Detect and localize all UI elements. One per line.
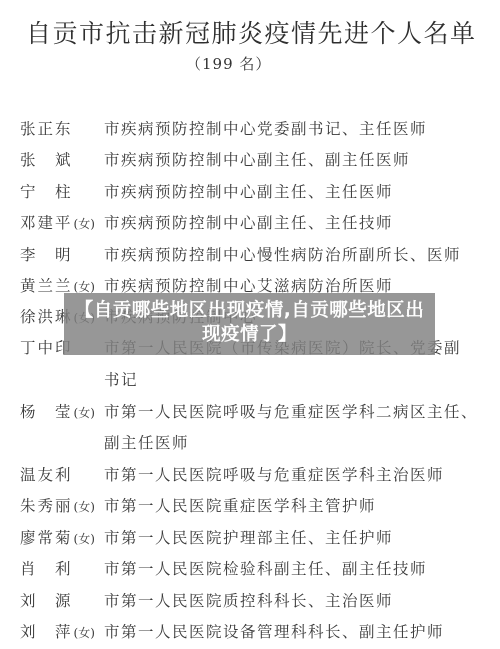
person-name: 张正东 [20,117,74,139]
person-position: 市疾病预防控制中心慢性病防治所副所长、医师 [104,243,461,265]
person-position: 市第一人民医院设备管理科科长、副主任护师 [104,620,444,642]
name-text: 温友利 [20,466,73,484]
name-text: 邓建平 [20,214,73,232]
person-name: 张 斌 [20,148,74,170]
person-position: 市疾病预防控制中心副主任、主任技师 [104,211,393,233]
name-text: 肖 利 [20,560,73,578]
caption-overlay-banner: 【自贡哪些地区出现疫情,自贡哪些地区出现疫情了】 [64,293,435,355]
document-title: 自贡市抗击新冠肺炎疫情先进个人名单 [26,14,477,50]
person-position: 市疾病预防控制中心副主任、副主任医师 [104,148,410,170]
person-name: 廖常菊(女) [20,526,95,548]
name-text: 张正东 [20,120,73,138]
person-position: 市第一人民医院检验科副主任、副主任技师 [104,557,427,579]
person-position: 市第一人民医院呼吸与危重症医学科二病区主任、 [104,400,478,422]
name-text: 刘 萍 [20,623,73,641]
person-name: 刘 萍(女) [20,620,95,642]
person-name: 宁 柱 [20,180,74,202]
female-mark: (女) [74,626,95,640]
document-subtitle: （199 名） [186,53,271,74]
person-position: 市第一人民医院呼吸与危重症医学科主治医师 [104,463,444,485]
person-position: 市疾病预防控制中心党委副书记、主任医师 [104,117,427,139]
female-mark: (女) [74,280,95,294]
person-position-cont: 副主任医师 [104,431,189,453]
person-position: 市第一人民医院护理部主任、主任护师 [104,526,393,548]
person-position: 市第一人民医院重症医学科主管护师 [104,494,376,516]
person-name: 邓建平(女) [20,211,95,233]
female-mark: (女) [74,532,95,546]
person-name: 肖 利 [20,557,74,579]
name-text: 李 明 [20,246,73,264]
person-position: 市第一人民医院质控科科长、主治医师 [104,589,393,611]
female-mark: (女) [74,500,95,514]
person-name: 温友利 [20,463,74,485]
person-name: 刘 源 [20,589,74,611]
caption-text: 【自贡哪些地区出现疫情,自贡哪些地区出现疫情了】 [75,300,425,345]
name-text: 刘 源 [20,592,73,610]
name-text: 朱秀丽 [20,497,73,515]
person-name: 杨 莹(女) [20,400,95,422]
name-text: 宁 柱 [20,183,73,201]
female-mark: (女) [74,217,95,231]
person-name: 朱秀丽(女) [20,494,95,516]
name-text: 杨 莹 [20,403,73,421]
person-position: 市疾病预防控制中心副主任、主任医师 [104,180,393,202]
person-position-cont: 书记 [104,368,138,390]
name-text: 张 斌 [20,151,73,169]
name-text: 廖常菊 [20,529,73,547]
person-name: 李 明 [20,243,74,265]
female-mark: (女) [74,406,95,420]
